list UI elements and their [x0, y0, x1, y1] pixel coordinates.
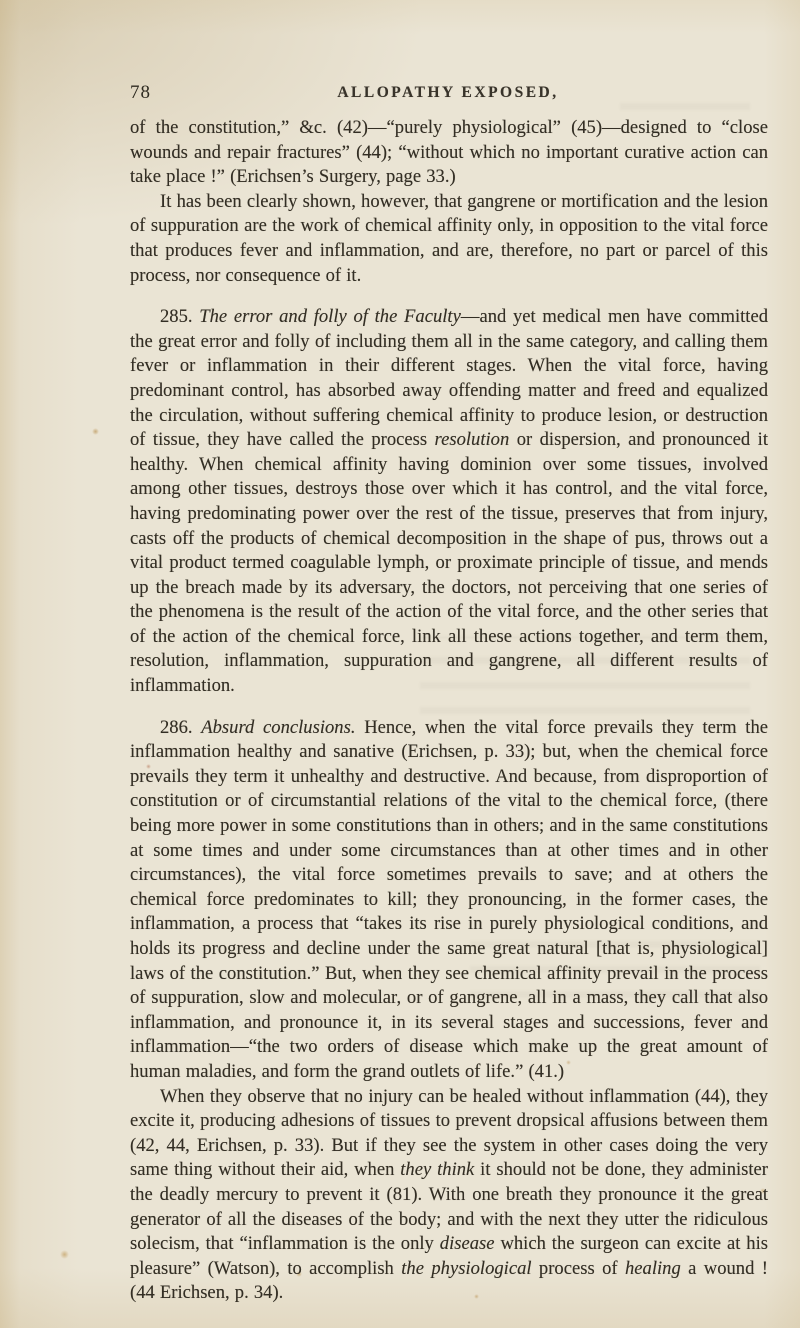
text-segment-italic: disease — [440, 1233, 495, 1254]
text-segment-italic: they think — [400, 1159, 474, 1180]
text-segment: process of — [532, 1258, 625, 1279]
running-header: 78 ALLOPATHY EXPOSED, — [130, 82, 766, 108]
running-title: ALLOPATHY EXPOSED, — [130, 82, 766, 102]
page-body-text: of the constitution,” &c. (42)—“purely p… — [130, 116, 768, 1306]
text-segment: Hence, when the vital force prevails the… — [130, 717, 768, 1082]
text-segment-italic: Absurd conclusions. — [201, 717, 355, 738]
text-segment-italic: the physiological — [401, 1258, 531, 1279]
text-segment: of the constitution,” &c. (42)—“purely p… — [130, 117, 768, 187]
paragraph-285-error-and-folly: 285. The error and folly of the Faculty—… — [130, 305, 768, 699]
paragraph-when-they-observe: When they observe that no injury can be … — [130, 1085, 768, 1306]
text-segment: 285. — [160, 306, 199, 327]
foxing-stain — [60, 1250, 69, 1259]
text-segment-italic: healing — [625, 1258, 681, 1279]
paragraph-gangrene-suppuration: It has been clearly shown, however, that… — [130, 190, 768, 288]
text-segment: or dispersion, and pronounced it healthy… — [130, 429, 768, 696]
text-segment: 286. — [160, 717, 201, 738]
page-number: 78 — [130, 82, 151, 104]
paragraph-286-absurd-conclusions: 286. Absurd conclusions. Hence, when the… — [130, 716, 768, 1085]
text-segment-italic: resolution — [435, 429, 510, 450]
paragraph-continuation: of the constitution,” &c. (42)—“purely p… — [130, 116, 768, 190]
foxing-stain — [92, 428, 99, 435]
text-segment: It has been clearly shown, however, that… — [130, 191, 768, 286]
text-segment-italic: The error and folly of the Faculty — [199, 306, 461, 327]
book-page: 78 ALLOPATHY EXPOSED, of the constitutio… — [0, 0, 800, 1328]
